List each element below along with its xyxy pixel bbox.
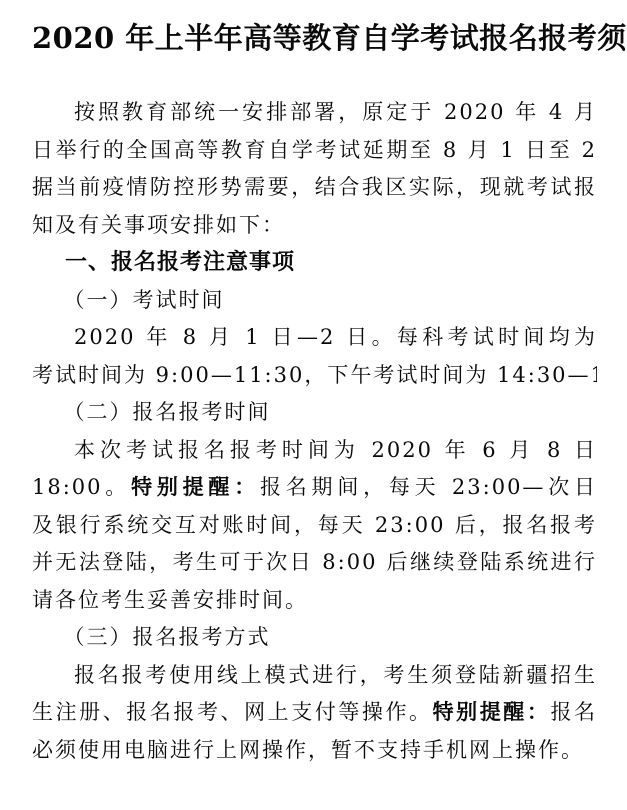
registration-time-paragraph: 本次考试报名报考时间为 2020 年 6 月 8 日 12:00—12 日 18… (32, 432, 597, 620)
document-title: 2020 年上半年高等教育自学考试报名报考须知 (32, 16, 597, 60)
registration-method-paragraph: 报名报考使用线上模式进行，考生须登陆新疆招生网进行考 生注册、报名报考、网上支付… (32, 657, 597, 770)
subsection-heading: （一）考试时间 (32, 282, 597, 320)
text-line: 本次考试报名报考时间为 2020 年 6 月 8 日 12:00—12 日 (32, 432, 597, 470)
text-line: 2020 年 8 月 1 日—2 日。每科考试时间均为 150 分钟，上午 (32, 319, 597, 357)
text-line: 日举行的全国高等教育自学考试延期至 8 月 1 日至 2 日进行。根 (32, 132, 597, 170)
emphasis-bold: 特别提醒： (131, 475, 260, 499)
text-line: 生注册、报名报考、网上支付等操作。特别提醒：报名报考系统 (32, 694, 597, 732)
text-line: 及银行系统交互对账时间，每天 23:00 后，报名报考系统将关闭 (32, 507, 597, 545)
text-line: 考试时间为 9:00—11:30，下午考试时间为 14:30—17:00。 (32, 357, 597, 395)
text-line: 报名报考使用线上模式进行，考生须登陆新疆招生网进行考 (32, 657, 597, 695)
text-line: 必须使用电脑进行上网操作，暂不支持手机网上操作。 (32, 732, 597, 770)
section-heading: 一、报名报考注意事项 (32, 244, 597, 282)
document-page: 2020 年上半年高等教育自学考试报名报考须知 按照教育部统一安排部署，原定于 … (0, 0, 627, 810)
text-segment: 18:00。 (32, 475, 131, 499)
intro-paragraph: 按照教育部统一安排部署，原定于 2020 年 4 月 11 日至 12 日举行的… (32, 94, 597, 244)
text-line: 并无法登陆，考生可于次日 8:00 后继续登陆系统进行报名报考， (32, 544, 597, 582)
subsection-heading: （三）报名报考方式 (32, 619, 597, 657)
text-line: 请各位考生妥善安排时间。 (32, 582, 597, 620)
text-line: 按照教育部统一安排部署，原定于 2020 年 4 月 11 日至 12 (32, 94, 597, 132)
text-line: 18:00。特别提醒：报名期间，每天 23:00—次日 8:00 为系统维护 (32, 469, 597, 507)
text-segment: 生注册、报名报考、网上支付等操作。 (32, 700, 433, 724)
text-line: 知及有关事项安排如下： (32, 207, 597, 245)
text-line: 据当前疫情防控形势需要，结合我区实际，现就考试报名报考须 (32, 169, 597, 207)
emphasis-bold: 特别提醒： (433, 700, 551, 724)
subsection-heading: （二）报名报考时间 (32, 394, 597, 432)
exam-time-paragraph: 2020 年 8 月 1 日—2 日。每科考试时间均为 150 分钟，上午 考试… (32, 319, 597, 394)
